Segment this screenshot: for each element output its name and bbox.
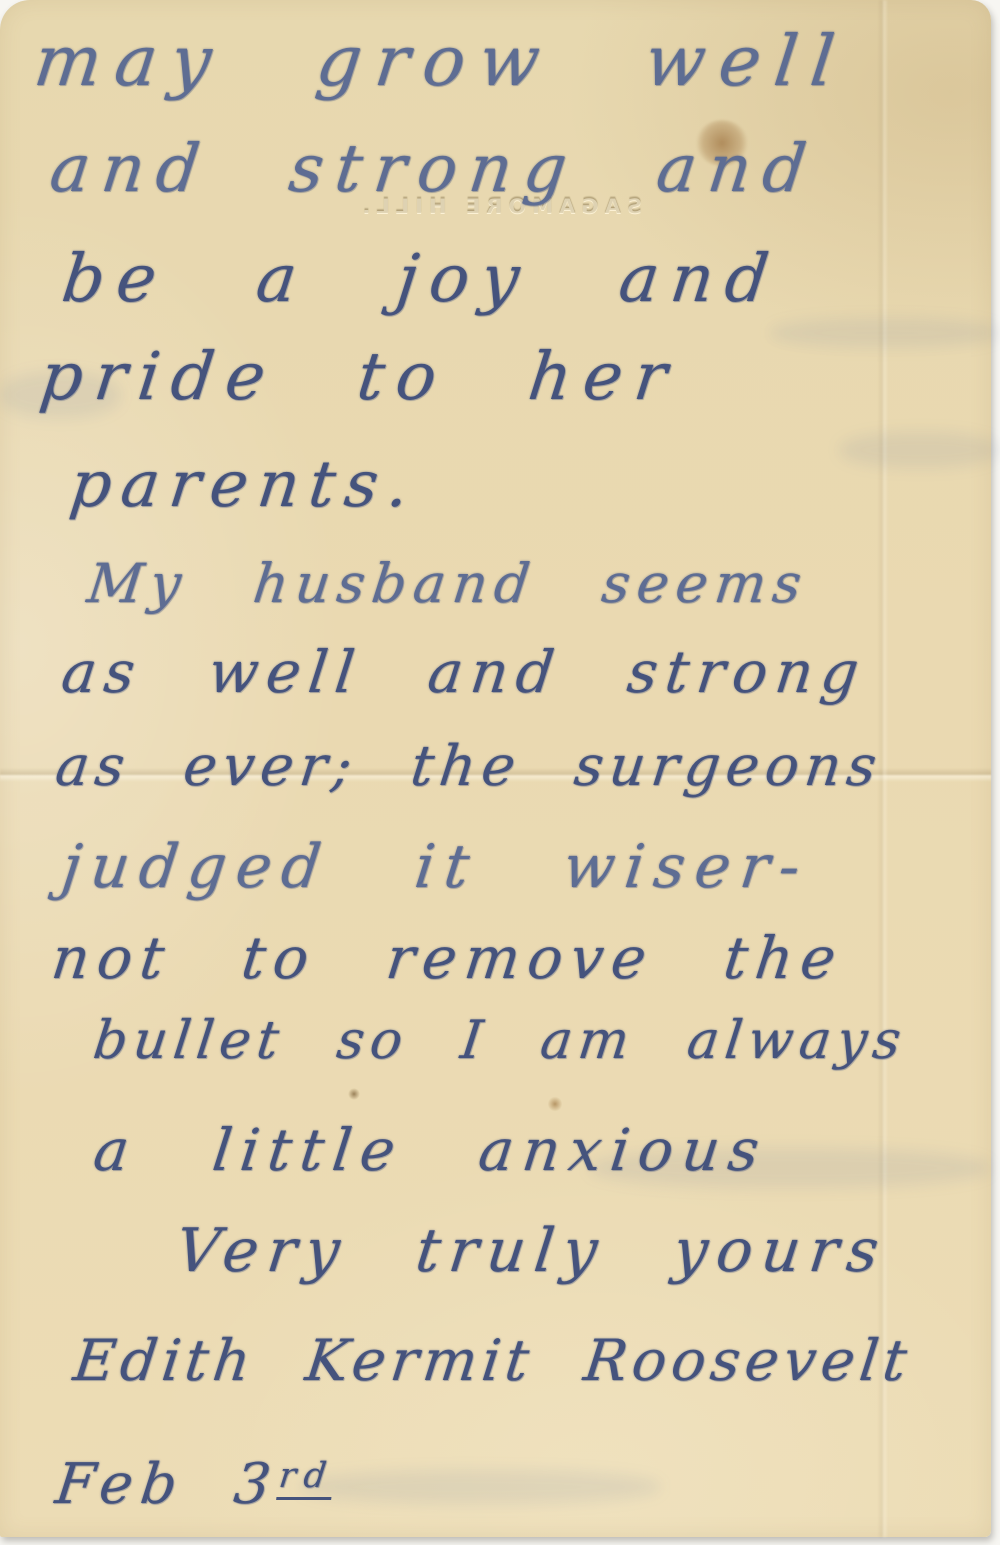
letter-line: as well and strong [58,638,870,706]
showthrough-streak [770,318,1000,348]
date-line: Feb 3rd [52,1452,337,1517]
letter-line: My husband seems [84,552,812,615]
paper-speck [348,1088,360,1100]
letter-paper: SAGAMORE HILL. may grow well and strong … [0,0,991,1537]
letter-line: pride to her [36,338,683,415]
paper-speck [548,1096,562,1112]
letter-line: and strong and [46,130,822,207]
signature: Edith Kermit Roosevelt [70,1328,915,1394]
showthrough-streak [840,432,1000,468]
letter-line: as ever; the surgeons [52,734,886,799]
showthrough-streak [300,1470,660,1504]
date-ordinal-suffix: rd [276,1456,336,1500]
closing-line: Very truly yours [172,1216,891,1286]
letter-line: judged it wiser- [58,832,814,902]
letter-line: a little anxious [90,1116,772,1184]
letter-line: not to remove the [48,924,848,992]
letter-line: may grow well [30,20,853,102]
letter-line: be a joy and [58,240,785,317]
letter-line: bullet so I am always [90,1010,910,1071]
letter-line: parents. [66,448,423,522]
date-text: Feb 3 [52,1452,282,1517]
